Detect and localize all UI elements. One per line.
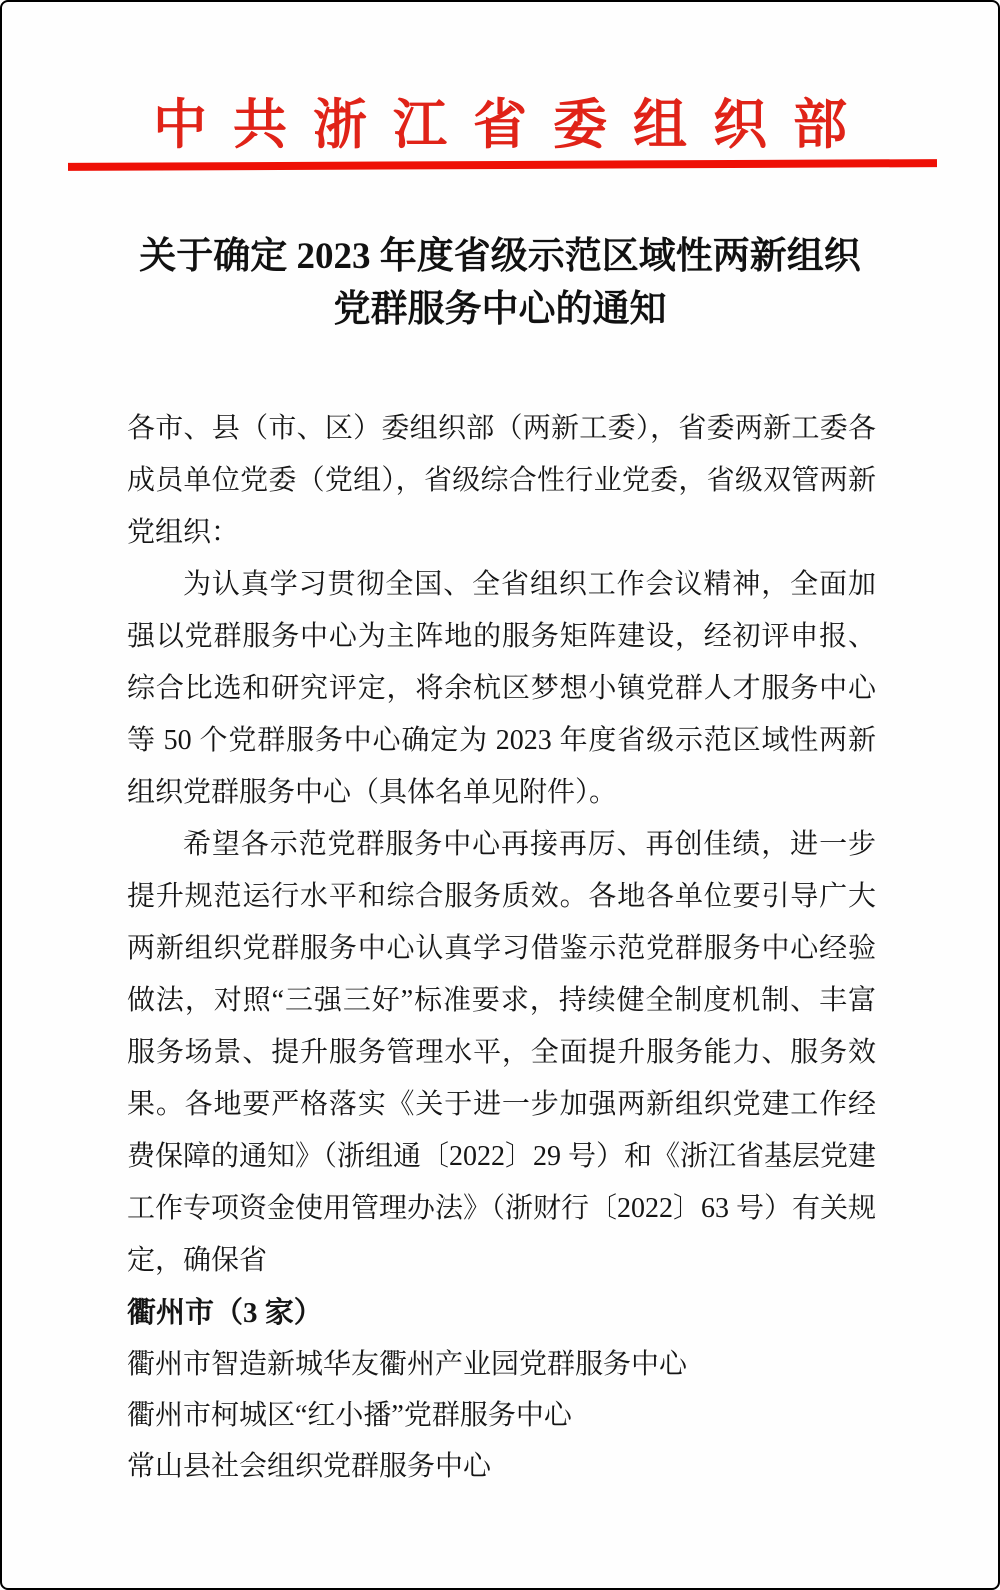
body-paragraph-1: 为认真学习贯彻全国、全省组织工作会议精神，全面加强以党群服务中心为主阵地的服务矩… (127, 559, 876, 819)
salutation-paragraph: 各市、县（市、区）委组织部（两新工委），省委两新工委各成员单位党委（党组），省级… (127, 403, 876, 559)
list-item: 衢州市柯城区“红小播”党群服务中心 (127, 1390, 887, 1441)
document-title: 关于确定 2023 年度省级示范区域性两新组织 党群服务中心的通知 (62, 230, 938, 336)
document-body: 各市、县（市、区）委组织部（两新工委），省委两新工委各成员单位党委（党组），省级… (127, 403, 876, 1287)
document-title-line-2: 党群服务中心的通知 (62, 283, 938, 336)
list-item: 常山县社会组织党群服务中心 (127, 1441, 887, 1492)
appendix-city-heading: 衢州市（3 家） (127, 1288, 887, 1339)
document-page: 中共浙江省委组织部 关于确定 2023 年度省级示范区域性两新组织 党群服务中心… (0, 0, 1000, 1590)
letterhead-title: 中共浙江省委组织部 (2, 82, 998, 159)
body-paragraph-2: 希望各示范党群服务中心再接再厉、再创佳绩，进一步提升规范运行水平和综合服务质效。… (127, 819, 876, 1287)
document-title-line-1: 关于确定 2023 年度省级示范区域性两新组织 (62, 230, 938, 283)
red-divider-line (68, 159, 937, 171)
appendix-list: 衢州市（3 家） 衢州市智造新城华友衢州产业园党群服务中心 衢州市柯城区“红小播… (127, 1288, 887, 1492)
list-item: 衢州市智造新城华友衢州产业园党群服务中心 (127, 1339, 887, 1390)
